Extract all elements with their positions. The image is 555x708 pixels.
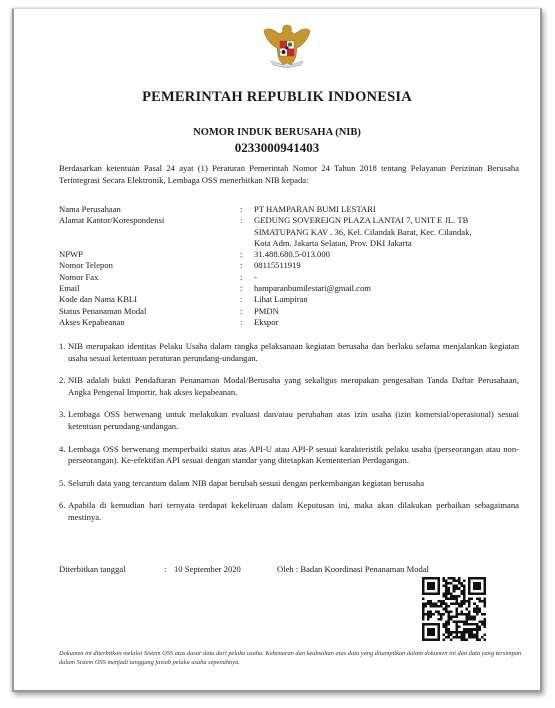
issued-date: 10 September 2020 (174, 564, 277, 574)
term-number: 2. (59, 375, 68, 398)
term-text: Lembaga OSS berwenang untuk melakukan ev… (68, 409, 519, 432)
field-label: Status Penanaman Modal (59, 306, 240, 317)
field-value: Lihat Lampiran (254, 294, 529, 305)
field-label: Nomor Telepon (59, 260, 240, 271)
field-colon: : (240, 260, 254, 271)
term-text: Seluruh data yang tercantum dalam NIB da… (68, 478, 519, 490)
field-label: Akses Kepabeanan (59, 317, 240, 328)
term-item: 3. Lembaga OSS berwenang untuk melakukan… (59, 409, 519, 432)
terms-list: 1. NIB merupakan identitas Pelaku Usaha … (59, 341, 519, 524)
term-item: 4. Lembaga OSS berwenang memperbaiki sta… (59, 444, 519, 467)
intro-paragraph: Berdasarkan ketentuan Pasal 24 ayat (1) … (59, 162, 519, 186)
field-customs-access: Akses Kepabeanan : Ekspor (59, 317, 529, 328)
field-label: Nama Perusahaan (59, 204, 240, 215)
field-colon: : (240, 294, 254, 305)
field-colon: : (240, 215, 254, 249)
field-email: Email : hamparanbumilestari@gmail.com (59, 283, 529, 294)
field-npwp: NPWP : 31.488.680.5-013.000 (59, 249, 529, 260)
field-label: Alamat Kantor/Korespondensi (59, 215, 240, 249)
term-text: Apabila di kemudian hari ternyata terdap… (68, 500, 519, 523)
term-item: 1. NIB merupakan identitas Pelaku Usaha … (59, 341, 519, 364)
garuda-emblem-icon (261, 21, 313, 73)
field-value: 08115511919 (254, 260, 529, 271)
field-colon: : (240, 306, 254, 317)
field-colon: : (240, 272, 254, 283)
field-label: NPWP (59, 249, 240, 260)
field-colon: : (240, 249, 254, 260)
document-title: NOMOR INDUK BERUSAHA (NIB) (14, 127, 540, 138)
qr-code-icon (422, 577, 486, 641)
term-number: 6. (59, 500, 68, 523)
field-kbli: Kode dan Nama KBLI : Lihat Lampiran (59, 294, 529, 305)
field-phone: Nomor Telepon : 08115511919 (59, 260, 529, 271)
field-colon: : (240, 204, 254, 215)
field-company-name: Nama Perusahaan : PT HAMPARAN BUMI LESTA… (59, 204, 529, 215)
issued-colon: : (164, 564, 174, 574)
nib-number: 0233000941403 (14, 140, 540, 156)
field-value: 31.488.680.5-013.000 (254, 249, 529, 260)
term-number: 4. (59, 444, 68, 467)
field-value: hamparanbumilestari@gmail.com (254, 283, 529, 294)
field-investment-status: Status Penanaman Modal : PMDN (59, 306, 529, 317)
field-label: Kode dan Nama KBLI (59, 294, 240, 305)
field-value: GEDUNG SOVEREIGN PLAZA LANTAI 7, UNIT E … (254, 215, 529, 249)
issued-label: Diterbitkan tanggal (59, 564, 164, 574)
disclaimer: Dokumen ini diterbitkan melalui Sistem O… (59, 649, 529, 668)
term-text: NIB merupakan identitas Pelaku Usaha dal… (68, 341, 519, 364)
term-number: 3. (59, 409, 68, 432)
document-page: PEMERINTAH REPUBLIK INDONESIA NOMOR INDU… (12, 8, 542, 692)
field-value: PT HAMPARAN BUMI LESTARI (254, 204, 529, 215)
field-label: Nomor Fax (59, 272, 240, 283)
field-value: - (254, 272, 529, 283)
field-colon: : (240, 283, 254, 294)
field-value: PMDN (254, 306, 529, 317)
term-item: 2. NIB adalah bukti Pendaftaran Penanama… (59, 375, 519, 398)
term-text: Lembaga OSS berwenang memperbaiki status… (68, 444, 519, 467)
company-details: Nama Perusahaan : PT HAMPARAN BUMI LESTA… (59, 204, 529, 328)
term-item: 6. Apabila di kemudian hari ternyata ter… (59, 500, 519, 523)
term-number: 1. (59, 341, 68, 364)
term-item: 5. Seluruh data yang tercantum dalam NIB… (59, 478, 519, 490)
field-colon: : (240, 317, 254, 328)
issuance-info: Diterbitkan tanggal : 10 September 2020 … (59, 564, 519, 574)
field-fax: Nomor Fax : - (59, 272, 529, 283)
issued-by: Oleh : Badan Koordinasi Penanaman Modal (277, 564, 429, 574)
term-number: 5. (59, 478, 68, 490)
field-value: Ekspor (254, 317, 529, 328)
field-label: Email (59, 283, 240, 294)
term-text: NIB adalah bukti Pendaftaran Penanaman M… (68, 375, 519, 398)
government-title: PEMERINTAH REPUBLIK INDONESIA (14, 89, 540, 106)
field-office-address: Alamat Kantor/Korespondensi : GEDUNG SOV… (59, 215, 529, 249)
